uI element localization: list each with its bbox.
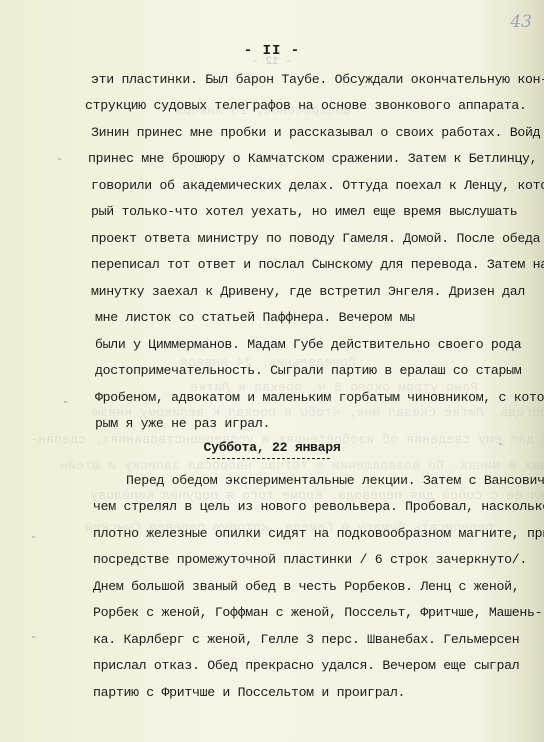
bleed-through-line: ных в минах. По возвращении я тотчас наб… [60,458,544,473]
text-line: минутку заехал к Дривену, где встретил Э… [91,284,525,299]
margin-mark: - [56,152,63,166]
text-line: Перед обедом экспериментальные лекции. З… [126,473,544,488]
text-line: проект ответа министру по поводу Гамеля.… [91,231,540,246]
text-line: прислал отказ. Обед прекрасно удался. Ве… [93,658,519,673]
text-line: Зинин принес мне пробки и рассказывал о … [91,125,540,140]
heading-underline [207,458,330,459]
text-line: партию с Фритчше и Поссельтом и проиграл… [93,685,405,700]
text-line: посредстве промежуточной пластинки / 6 с… [93,552,527,567]
text-line: переписал тот ответ и послал Сынскому дл… [91,257,544,272]
margin-mark: - [62,395,69,409]
text-line: рый только-что хотел уехать, но имел еще… [91,204,517,219]
text-line: были у Циммерманов. Мадам Губе действите… [95,337,521,352]
date-heading: Суббота, 22 января [0,440,544,455]
margin-mark: - [30,530,37,544]
text-line: достопримечательность. Сыграли партию в … [95,363,521,378]
text-line: говорили об академических делах. Оттуда … [91,178,544,193]
text-line: Рорбек с женой, Гоффман с женой, Поссель… [93,605,542,620]
archive-folio-number: 43 [510,12,532,32]
text-line: струкцию судовых телеграфов на основе зв… [85,98,527,113]
text-line: ка. Карлберг с женой, Гелле 3 перс. Шван… [93,632,519,647]
text-line: принес мне брошюру о Камчатском сражении… [88,151,537,166]
text-line: Днем большой званый обед в честь Рорбеко… [93,579,519,594]
text-line: мне листок со статьей Паффнера. Вечером … [95,310,415,325]
text-line: чем стрелял в цель из нового револьвера.… [93,499,544,514]
margin-mark: - [30,630,37,644]
text-line: плотно железные опилки сидят на подковоо… [93,526,544,541]
document-page: Воскресенье, 23 января Рано утром около … [0,0,544,742]
text-line: эти пластинки. Был барон Таубе. Обсуждал… [91,72,544,87]
page-number-ghost: - 12 - [0,56,544,68]
text-line: Фробеном, адвокатом и маленьким горбатым… [95,390,544,405]
text-line: рым я уже не раз играл. [95,416,270,431]
